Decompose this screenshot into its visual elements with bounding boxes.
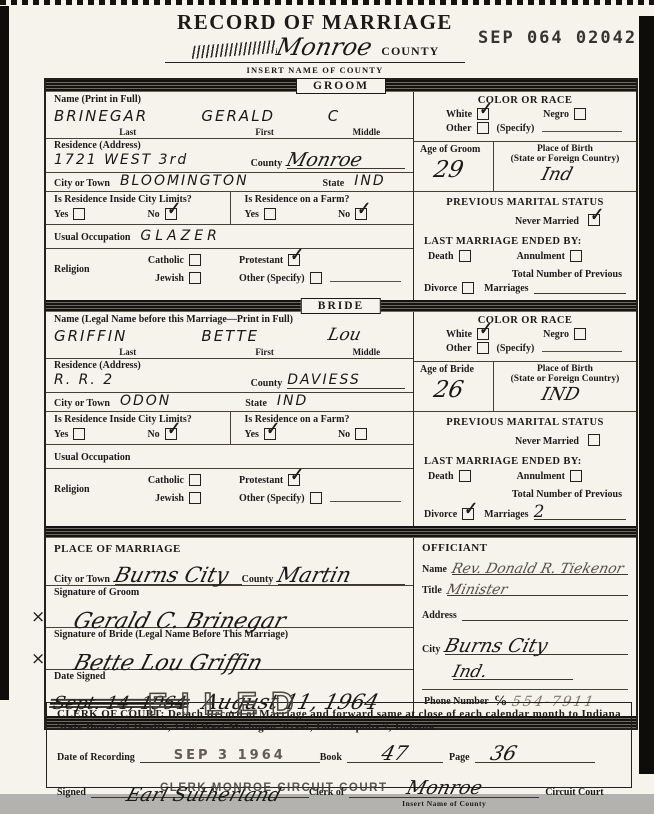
bride-right-column: COLOR OR RACE White ✓ Negro Other (Speci… xyxy=(413,312,636,526)
bride-protestant-checkbox: ✓ xyxy=(288,474,300,486)
bride-religion-label: Religion xyxy=(54,484,114,495)
groom-never-married-checkbox: ✓ xyxy=(588,214,600,226)
clerk-county-value: Monroe xyxy=(404,777,484,799)
groom-middle-name: C xyxy=(328,105,405,127)
groom-county-label: County xyxy=(251,158,283,169)
page-label: Page xyxy=(449,752,470,763)
blank-line xyxy=(330,492,401,502)
groom-farm-yes-checkbox xyxy=(264,208,276,220)
groom-divorce-checkbox xyxy=(462,282,474,294)
officiant-address-label: Address xyxy=(422,610,457,621)
insert-county-note: INSERT NAME OF COUNTY xyxy=(152,65,478,75)
bride-occupation-row: Usual Occupation xyxy=(46,445,413,469)
bride-never-married: Never Married xyxy=(424,431,626,449)
marriages-label: Marriages xyxy=(484,509,528,520)
officiant-column: OFFICIANT Name Rev. Donald R. Tiekenor T… xyxy=(413,538,636,716)
other-specify-label: Other (Specify) xyxy=(239,273,305,284)
groom-farm-question: Is Residence on a Farm? Yes No ✓ xyxy=(230,192,414,224)
officiant-city-line: Burns City xyxy=(445,635,628,655)
catholic-label: Catholic xyxy=(114,475,184,486)
groom-religion-row: Religion Catholic Protestant ✓ Jewish Ot… xyxy=(46,249,413,291)
bride-age-value: 26 xyxy=(432,377,466,403)
book-label: Book xyxy=(320,752,342,763)
city-limits-question-label: Is Residence Inside City Limits? xyxy=(54,414,226,425)
form-title: RECORD OF MARRIAGE xyxy=(152,10,478,35)
religion-line-1: Catholic Protestant ✓ xyxy=(114,471,405,489)
middle-sublabel: Middle xyxy=(328,127,405,137)
officiant-city-value: Burns City xyxy=(443,635,551,657)
bride-name-row: Name (Legal Name before this Marriage—Pr… xyxy=(46,312,413,359)
bride-city-label: City or Town xyxy=(54,398,110,409)
bride-county-line: DAVIESS xyxy=(287,372,405,389)
checkmark: ✓ xyxy=(164,418,181,439)
birth-label-1: Place of Birth xyxy=(498,144,632,154)
blank-line xyxy=(542,342,622,352)
groom-age-value: 29 xyxy=(432,157,466,183)
yes-label: Yes xyxy=(54,429,68,440)
bride-race-other-checkbox xyxy=(477,342,489,354)
county-label: COUNTY xyxy=(381,44,439,58)
bride-city-value: ODON xyxy=(120,393,171,409)
religion-line-1: Catholic Protestant ✓ xyxy=(114,251,405,269)
groom-city-yes-checkbox xyxy=(73,208,85,220)
bride-city-yes-checkbox xyxy=(73,428,85,440)
x-mark: × xyxy=(31,649,45,669)
county-name-handwritten: Monroe xyxy=(274,35,374,59)
bride-questions-row: Is Residence Inside City Limits? Yes No … xyxy=(46,412,413,445)
groom-name-values: BRINEGAR GERALD C xyxy=(46,105,413,127)
bride-white-checkbox: ✓ xyxy=(477,328,489,340)
negro-label: Negro xyxy=(543,329,569,340)
birth-label-2: (State or Foreign Country) xyxy=(498,154,632,164)
groom-farm-no-checkbox: ✓ xyxy=(355,208,367,220)
groom-section-bar: GROOM xyxy=(46,80,636,92)
received-number-stamp: SEP 064 02042 xyxy=(478,28,637,48)
groom-county-line: Monroe xyxy=(287,149,405,169)
bride-birth-cell: Place of Birth (State or Foreign Country… xyxy=(494,362,636,411)
groom-marital-status-box: PREVIOUS MARITAL STATUS Never Married ✓ … xyxy=(414,192,636,300)
officiant-city-label: City xyxy=(422,644,440,655)
groom-city-row: City or Town BLOOMINGTON State IND xyxy=(46,173,413,192)
first-sublabel: First xyxy=(201,347,327,357)
bride-farm-no-checkbox xyxy=(355,428,367,440)
officiant-address-row: Address xyxy=(422,610,628,621)
groom-occupation-row: Usual Occupation GLAZER xyxy=(46,225,413,249)
bride-section-label: BRIDE xyxy=(301,298,381,314)
race-line-2: Other (Specify) xyxy=(424,341,626,356)
signature-of-groom-label: Signature of Groom xyxy=(46,586,413,598)
signed-line: Earl Sutherland xyxy=(91,797,309,798)
bride-county: County DAVIESS xyxy=(251,372,405,390)
city-limits-question-label: Is Residence Inside City Limits? xyxy=(54,194,226,205)
groom-protestant-checkbox: ✓ xyxy=(288,254,300,266)
place-city-line: Burns City xyxy=(115,563,242,585)
groom-name-row: Name (Print in Full) BRINEGAR GERALD C L… xyxy=(46,92,413,139)
bride-signature-row: Signature of Bride (Legal Name Before Th… xyxy=(46,628,413,670)
officiant-title: OFFICIANT xyxy=(422,542,628,554)
bride-divorce-line: Divorce ✓ Marriages 2 xyxy=(424,500,626,522)
bride-marriages-line: 2 xyxy=(534,502,626,520)
bride-city-no-checkbox: ✓ xyxy=(165,428,177,440)
bride-left-column: Name (Legal Name before this Marriage—Pr… xyxy=(46,312,413,526)
groom-left-column: Name (Print in Full) BRINEGAR GERALD C L… xyxy=(46,92,413,300)
crossed-out-scribble xyxy=(191,40,277,59)
groom-death-checkbox xyxy=(459,250,471,262)
date-of-recording-label: Date of Recording xyxy=(57,752,135,763)
place-of-marriage-title: PLACE OF MARRIAGE xyxy=(46,538,413,557)
bride-death-checkbox xyxy=(459,470,471,482)
bride-residence-row: Residence (Address) R. R. 2 County DAVIE… xyxy=(46,359,413,393)
bride-religion-other-checkbox xyxy=(310,492,322,504)
bride-farm-yes-checkbox: ✓ xyxy=(264,428,276,440)
bride-farm-question: Is Residence on a Farm? Yes ✓ No xyxy=(230,412,414,444)
groom-jewish-checkbox xyxy=(189,272,201,284)
blank-line xyxy=(542,122,622,132)
groom-section-label: GROOM xyxy=(296,78,386,94)
bride-marital-status-box: PREVIOUS MARITAL STATUS Never Married LA… xyxy=(414,412,636,526)
race-title: COLOR OR RACE xyxy=(424,315,626,326)
page-value: 36 xyxy=(488,741,519,765)
groom-occupation-value: GLAZER xyxy=(140,229,220,243)
groom-signature-row: Signature of Groom × Gerald C. Brinegar xyxy=(46,586,413,628)
marriages-label: Marriages xyxy=(484,283,528,294)
groom-marriages-line xyxy=(534,293,626,294)
officiant-name-label: Name xyxy=(422,564,447,575)
date-of-recording-line: SEP 3 1964 xyxy=(140,748,320,763)
catholic-label: Catholic xyxy=(114,255,184,266)
groom-questions-row: Is Residence Inside City Limits? Yes No … xyxy=(46,192,413,225)
white-label: White xyxy=(446,109,472,120)
clerk-of-court-box: CLERK OF COURT: Detach Record of Marriag… xyxy=(46,702,632,788)
protestant-label: Protestant xyxy=(239,255,283,266)
officiant-title-label: Title xyxy=(422,585,442,596)
never-married-label: Never Married xyxy=(515,436,579,447)
groom-county: County Monroe xyxy=(251,149,405,170)
groom-name-sublabels: Last First Middle xyxy=(46,127,413,138)
divorce-label: Divorce xyxy=(424,283,457,294)
place-county-label: County xyxy=(242,574,274,585)
bride-age-label: Age of Bride xyxy=(420,364,489,375)
county-line: Monroe COUNTY xyxy=(165,35,465,63)
groom-county-value: Monroe xyxy=(285,149,365,171)
officiant-name-row: Name Rev. Donald R. Tiekenor xyxy=(422,561,628,575)
groom-death-annulment: Death Annulment xyxy=(424,247,626,264)
form-header: RECORD OF MARRIAGE Monroe COUNTY INSERT … xyxy=(152,10,478,75)
scan-edge-right xyxy=(639,16,654,774)
groom-catholic-checkbox xyxy=(189,254,201,266)
death-label: Death xyxy=(428,471,454,482)
bride-never-married-checkbox xyxy=(588,434,600,446)
annulment-label: Annulment xyxy=(517,251,565,262)
bride-name-sublabels: Last First Middle xyxy=(46,347,413,358)
officiant-state-value: Ind. xyxy=(451,662,490,682)
officiant-title-value: Minister xyxy=(445,582,509,598)
groom-birth-cell: Place of Birth (State or Foreign Country… xyxy=(494,142,636,191)
place-county-line: Martin xyxy=(278,563,405,585)
checkmark: ✓ xyxy=(462,498,479,519)
date-signed-label: Date Signed xyxy=(46,670,413,682)
officiant-state-row: Ind. xyxy=(422,662,628,680)
filed-stamp: FILED xyxy=(148,685,308,722)
place-section-bar xyxy=(46,526,636,538)
bride-section: Name (Legal Name before this Marriage—Pr… xyxy=(46,312,636,526)
scanned-marriage-record: RECORD OF MARRIAGE Monroe COUNTY INSERT … xyxy=(0,0,654,814)
groom-race-other-checkbox xyxy=(477,122,489,134)
place-officiant-section: PLACE OF MARRIAGE City or Town Burns Cit… xyxy=(46,538,636,716)
bride-previous-marriages: 2 xyxy=(534,502,545,522)
recording-row: Date of Recording SEP 3 1964 Book 47 Pag… xyxy=(57,741,621,763)
book-line: 47 xyxy=(347,741,443,763)
bride-state-label: State xyxy=(245,398,267,409)
other-specify-label: Other (Specify) xyxy=(239,493,305,504)
bride-first-name: BETTE xyxy=(201,325,327,347)
book-value: 47 xyxy=(379,741,410,765)
bride-death-annulment: Death Annulment xyxy=(424,467,626,484)
bride-annulment-checkbox xyxy=(570,470,582,482)
groom-city-value: BLOOMINGTON xyxy=(120,173,249,189)
race-line-1: White ✓ Negro xyxy=(424,326,626,341)
groom-age-cell: Age of Groom 29 xyxy=(414,142,494,191)
bride-negro-checkbox xyxy=(574,328,586,340)
last-marriage-ended-title: LAST MARRIAGE ENDED BY: xyxy=(424,456,626,467)
total-previous-label: Total Number of Previous xyxy=(424,489,626,500)
bride-county-label: County xyxy=(251,378,283,389)
religion-line-2: Jewish Other (Specify) xyxy=(114,489,405,507)
bride-birthplace-value: IND xyxy=(539,384,582,405)
place-city-row: City or Town Burns City County Martin xyxy=(46,557,413,586)
death-label: Death xyxy=(428,251,454,262)
groom-section: Name (Print in Full) BRINEGAR GERALD C L… xyxy=(46,92,636,300)
bride-state-value: IND xyxy=(277,393,308,409)
yes-label: Yes xyxy=(54,209,68,220)
page-line: 36 xyxy=(475,741,595,763)
bride-county-value: DAVIESS xyxy=(287,372,361,388)
place-city-label: City or Town xyxy=(54,574,110,585)
officiant-address-line xyxy=(462,620,628,621)
never-married-label: Never Married xyxy=(515,216,579,227)
circuit-court-label: Circuit Court xyxy=(545,787,603,798)
groom-residence-label: Residence (Address) xyxy=(54,140,188,151)
negro-label: Negro xyxy=(543,109,569,120)
bride-section-bar: BRIDE xyxy=(46,300,636,312)
groom-annulment-checkbox xyxy=(570,250,582,262)
groom-occupation-label: Usual Occupation xyxy=(54,232,130,243)
bride-age-cell: Age of Bride 26 xyxy=(414,362,494,411)
clerk-circuit-court-stamp: CLERK MONROE CIRCUIT COURT xyxy=(160,782,387,795)
groom-age-label: Age of Groom xyxy=(420,144,489,155)
groom-never-married: Never Married ✓ xyxy=(424,211,626,229)
groom-negro-checkbox xyxy=(574,108,586,120)
farm-answers: Yes ✓ No xyxy=(245,428,410,440)
bride-occupation-label: Usual Occupation xyxy=(54,452,130,463)
signature-of-bride-label: Signature of Bride (Legal Name Before Th… xyxy=(46,628,413,640)
specify-label: (Specify) xyxy=(497,123,535,134)
groom-state-label: State xyxy=(323,178,345,189)
total-previous-label: Total Number of Previous xyxy=(424,269,626,280)
specify-label: (Specify) xyxy=(497,343,535,354)
annulment-label: Annulment xyxy=(517,471,565,482)
groom-last-name: BRINEGAR xyxy=(54,105,201,127)
checkmark: ✓ xyxy=(164,198,181,219)
first-sublabel: First xyxy=(201,127,327,137)
officiant-name-value: Rev. Donald R. Tiekenor xyxy=(450,561,625,577)
bride-catholic-checkbox xyxy=(189,474,201,486)
bride-divorce-checkbox: ✓ xyxy=(462,508,474,520)
last-marriage-ended-title: LAST MARRIAGE ENDED BY: xyxy=(424,236,626,247)
bride-residence-label: Residence (Address) xyxy=(54,360,141,371)
officiant-city-row: City Burns City xyxy=(422,635,628,655)
bride-residence: Residence (Address) R. R. 2 xyxy=(54,360,141,390)
groom-right-column: COLOR OR RACE White ✓ Negro Other (Speci… xyxy=(413,92,636,300)
place-county-value: Martin xyxy=(275,563,354,587)
groom-state-value: IND xyxy=(354,173,385,189)
no-label: No xyxy=(338,429,350,440)
clerk-instruction: CLERK OF COURT: Detach Record of Marriag… xyxy=(57,708,621,734)
last-sublabel: Last xyxy=(54,347,201,357)
city-limits-answers: Yes No ✓ xyxy=(54,208,226,220)
other-label: Other xyxy=(446,343,472,354)
date-recording-stamp: SEP 3 1964 xyxy=(174,748,286,764)
race-title: COLOR OR RACE xyxy=(424,95,626,106)
race-line-1: White ✓ Negro xyxy=(424,106,626,121)
farm-answers: Yes No ✓ xyxy=(245,208,410,220)
groom-residence-row: Residence (Address) 1721 WEST 3rd County… xyxy=(46,139,413,173)
groom-religion-other-checkbox xyxy=(310,272,322,284)
perforation-edge xyxy=(0,0,654,5)
divorce-label: Divorce xyxy=(424,509,457,520)
city-limits-answers: Yes No ✓ xyxy=(54,428,226,440)
signed-label: Signed xyxy=(57,787,86,798)
bride-middle-name: Lou xyxy=(325,325,407,347)
x-mark: × xyxy=(31,607,45,627)
marriage-form: GROOM Name (Print in Full) BRINEGAR GERA… xyxy=(44,78,638,730)
jewish-label: Jewish xyxy=(114,273,184,284)
groom-race-box: COLOR OR RACE White ✓ Negro Other (Speci… xyxy=(414,92,636,142)
officiant-title-line: Minister xyxy=(447,582,628,596)
other-label: Other xyxy=(446,123,472,134)
groom-first-name: GERALD xyxy=(201,105,327,127)
race-line-2: Other (Specify) xyxy=(424,121,626,136)
groom-white-checkbox: ✓ xyxy=(477,108,489,120)
blank-line xyxy=(330,272,401,282)
groom-religion-options: Catholic Protestant ✓ Jewish Other (Spec… xyxy=(114,251,405,287)
bride-city-row: City or Town ODON State IND xyxy=(46,393,413,412)
yes-label: Yes xyxy=(245,429,259,440)
groom-religion-label: Religion xyxy=(54,264,114,275)
groom-city-limits-question: Is Residence Inside City Limits? Yes No … xyxy=(46,192,230,224)
officiant-name-line: Rev. Donald R. Tiekenor xyxy=(452,561,628,575)
religion-line-2: Jewish Other (Specify) xyxy=(114,269,405,287)
groom-divorce-line: Divorce Marriages xyxy=(424,280,626,296)
insert-county-note-small: Insert Name of County xyxy=(402,799,486,808)
farm-question-label: Is Residence on a Farm? xyxy=(245,194,410,205)
bride-city-limits-question: Is Residence Inside City Limits? Yes No … xyxy=(46,412,230,444)
bride-name-values: GRIFFIN BETTE Lou xyxy=(46,325,413,347)
middle-sublabel: Middle xyxy=(328,347,405,357)
bride-last-name: GRIFFIN xyxy=(54,325,201,347)
yes-label: Yes xyxy=(245,209,259,220)
groom-birthplace-value: Ind xyxy=(539,164,574,185)
groom-residence-value: 1721 WEST 3rd xyxy=(54,151,188,170)
officiant-title-row: Title Minister xyxy=(422,582,628,596)
bride-race-box: COLOR OR RACE White ✓ Negro Other (Speci… xyxy=(414,312,636,362)
no-label: No xyxy=(338,209,350,220)
officiant-state-line: Ind. xyxy=(453,662,573,680)
no-label: No xyxy=(147,429,159,440)
place-city-value: Burns City xyxy=(112,563,231,587)
bride-residence-value: R. R. 2 xyxy=(54,371,141,390)
bride-jewish-checkbox xyxy=(189,492,201,504)
scan-edge-left xyxy=(0,6,9,700)
birth-label-2: (State or Foreign Country) xyxy=(498,374,632,384)
groom-city-label: City or Town xyxy=(54,178,110,189)
groom-residence: Residence (Address) 1721 WEST 3rd xyxy=(54,140,188,170)
bride-religion-options: Catholic Protestant ✓ Jewish Other (Spec… xyxy=(114,471,405,507)
groom-city-no-checkbox: ✓ xyxy=(165,208,177,220)
bride-religion-row: Religion Catholic Protestant ✓ Jewish Ot… xyxy=(46,469,413,511)
groom-age-birth-row: Age of Groom 29 Place of Birth (State or… xyxy=(414,142,636,192)
jewish-label: Jewish xyxy=(114,493,184,504)
birth-label-1: Place of Birth xyxy=(498,364,632,374)
last-sublabel: Last xyxy=(54,127,201,137)
white-label: White xyxy=(446,329,472,340)
bride-age-birth-row: Age of Bride 26 Place of Birth (State or… xyxy=(414,362,636,412)
protestant-label: Protestant xyxy=(239,475,283,486)
previous-marital-status-title: PREVIOUS MARITAL STATUS xyxy=(424,417,626,428)
no-label: No xyxy=(147,209,159,220)
